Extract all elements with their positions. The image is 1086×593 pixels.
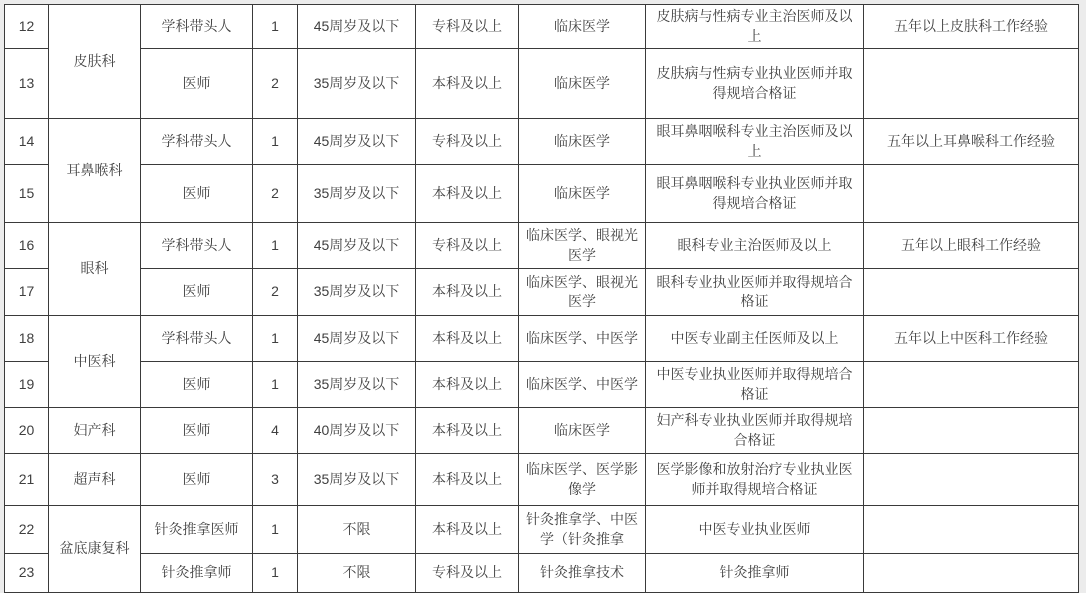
cell-department: 盆底康复科 — [49, 506, 141, 593]
cell-age: 45周岁及以下 — [298, 223, 416, 269]
cell-major: 临床医学 — [519, 119, 646, 165]
cell-experience — [864, 269, 1079, 316]
cell-count: 2 — [253, 269, 298, 316]
cell-position: 针灸推拿医师 — [141, 506, 253, 554]
cell-education: 本科及以上 — [416, 316, 519, 362]
cell-row-number: 16 — [5, 223, 49, 269]
cell-major: 临床医学 — [519, 408, 646, 454]
cell-row-number: 17 — [5, 269, 49, 316]
cell-age: 不限 — [298, 506, 416, 554]
cell-position: 医师 — [141, 362, 253, 408]
cell-education: 本科及以上 — [416, 362, 519, 408]
cell-count: 1 — [253, 316, 298, 362]
cell-count: 3 — [253, 454, 298, 506]
cell-age: 45周岁及以下 — [298, 5, 416, 49]
cell-position: 医师 — [141, 454, 253, 506]
cell-age: 35周岁及以下 — [298, 49, 416, 119]
cell-department: 耳鼻喉科 — [49, 119, 141, 223]
cell-requirement: 妇产科专业执业医师并取得规培合格证 — [646, 408, 864, 454]
cell-age: 40周岁及以下 — [298, 408, 416, 454]
cell-experience: 五年以上中医科工作经验 — [864, 316, 1079, 362]
cell-requirement: 医学影像和放射治疗专业执业医师并取得规培合格证 — [646, 454, 864, 506]
cell-experience: 五年以上皮肤科工作经验 — [864, 5, 1079, 49]
table-row: 22 盆底康复科 针灸推拿医师 1 不限 本科及以上 针灸推拿学、中医学（针灸推… — [5, 506, 1079, 554]
cell-requirement: 皮肤病与性病专业主治医师及以上 — [646, 5, 864, 49]
table-row: 16 眼科 学科带头人 1 45周岁及以下 专科及以上 临床医学、眼视光医学 眼… — [5, 223, 1079, 269]
cell-row-number: 19 — [5, 362, 49, 408]
cell-requirement: 眼科专业主治医师及以上 — [646, 223, 864, 269]
cell-position: 医师 — [141, 49, 253, 119]
cell-count: 4 — [253, 408, 298, 454]
cell-education: 专科及以上 — [416, 5, 519, 49]
cell-row-number: 22 — [5, 506, 49, 554]
cell-requirement: 皮肤病与性病专业执业医师并取得规培合格证 — [646, 49, 864, 119]
cell-requirement: 眼耳鼻咽喉科专业执业医师并取得规培合格证 — [646, 165, 864, 223]
cell-experience: 五年以上眼科工作经验 — [864, 223, 1079, 269]
cell-position: 医师 — [141, 269, 253, 316]
cell-major: 针灸推拿学、中医学（针灸推拿 — [519, 506, 646, 554]
cell-requirement: 中医专业副主任医师及以上 — [646, 316, 864, 362]
table-row: 18 中医科 学科带头人 1 45周岁及以下 本科及以上 临床医学、中医学 中医… — [5, 316, 1079, 362]
cell-count: 1 — [253, 362, 298, 408]
cell-education: 专科及以上 — [416, 554, 519, 593]
table-row: 13 医师 2 35周岁及以下 本科及以上 临床医学 皮肤病与性病专业执业医师并… — [5, 49, 1079, 119]
cell-position: 学科带头人 — [141, 316, 253, 362]
cell-age: 45周岁及以下 — [298, 119, 416, 165]
cell-department: 皮肤科 — [49, 5, 141, 119]
cell-age: 35周岁及以下 — [298, 165, 416, 223]
cell-row-number: 13 — [5, 49, 49, 119]
cell-count: 2 — [253, 165, 298, 223]
cell-requirement: 眼科专业执业医师并取得规培合格证 — [646, 269, 864, 316]
cell-department: 眼科 — [49, 223, 141, 316]
cell-position: 医师 — [141, 165, 253, 223]
cell-experience — [864, 454, 1079, 506]
cell-row-number: 12 — [5, 5, 49, 49]
cell-major: 针灸推拿技术 — [519, 554, 646, 593]
cell-position: 学科带头人 — [141, 223, 253, 269]
cell-education: 专科及以上 — [416, 223, 519, 269]
cell-department: 中医科 — [49, 316, 141, 408]
cell-count: 1 — [253, 554, 298, 593]
cell-education: 本科及以上 — [416, 165, 519, 223]
cell-row-number: 14 — [5, 119, 49, 165]
cell-age: 35周岁及以下 — [298, 269, 416, 316]
cell-major: 临床医学 — [519, 5, 646, 49]
cell-major: 临床医学、医学影像学 — [519, 454, 646, 506]
cell-position: 医师 — [141, 408, 253, 454]
cell-major: 临床医学、眼视光医学 — [519, 223, 646, 269]
cell-row-number: 20 — [5, 408, 49, 454]
cell-major: 临床医学、中医学 — [519, 316, 646, 362]
cell-row-number: 23 — [5, 554, 49, 593]
cell-count: 1 — [253, 119, 298, 165]
cell-count: 2 — [253, 49, 298, 119]
cell-major: 临床医学 — [519, 49, 646, 119]
cell-row-number: 21 — [5, 454, 49, 506]
cell-experience — [864, 165, 1079, 223]
cell-position: 针灸推拿师 — [141, 554, 253, 593]
cell-count: 1 — [253, 506, 298, 554]
cell-experience — [864, 506, 1079, 554]
cell-age: 35周岁及以下 — [298, 454, 416, 506]
cell-department: 妇产科 — [49, 408, 141, 454]
cell-requirement: 中医专业执业医师 — [646, 506, 864, 554]
table-row: 21 超声科 医师 3 35周岁及以下 本科及以上 临床医学、医学影像学 医学影… — [5, 454, 1079, 506]
cell-count: 1 — [253, 223, 298, 269]
cell-education: 本科及以上 — [416, 49, 519, 119]
cell-age: 不限 — [298, 554, 416, 593]
cell-major: 临床医学、眼视光医学 — [519, 269, 646, 316]
cell-education: 本科及以上 — [416, 269, 519, 316]
table-row: 14 耳鼻喉科 学科带头人 1 45周岁及以下 专科及以上 临床医学 眼耳鼻咽喉… — [5, 119, 1079, 165]
cell-experience — [864, 554, 1079, 593]
recruitment-table-sheet: 12 皮肤科 学科带头人 1 45周岁及以下 专科及以上 临床医学 皮肤病与性病… — [4, 4, 1079, 593]
cell-major: 临床医学 — [519, 165, 646, 223]
table-row: 20 妇产科 医师 4 40周岁及以下 本科及以上 临床医学 妇产科专业执业医师… — [5, 408, 1079, 454]
table-row: 12 皮肤科 学科带头人 1 45周岁及以下 专科及以上 临床医学 皮肤病与性病… — [5, 5, 1079, 49]
cell-requirement: 眼耳鼻咽喉科专业主治医师及以上 — [646, 119, 864, 165]
cell-experience: 五年以上耳鼻喉科工作经验 — [864, 119, 1079, 165]
cell-experience — [864, 362, 1079, 408]
cell-count: 1 — [253, 5, 298, 49]
cell-age: 45周岁及以下 — [298, 316, 416, 362]
cell-position: 学科带头人 — [141, 5, 253, 49]
cell-experience — [864, 408, 1079, 454]
cell-education: 本科及以上 — [416, 408, 519, 454]
cell-requirement: 针灸推拿师 — [646, 554, 864, 593]
cell-major: 临床医学、中医学 — [519, 362, 646, 408]
cell-requirement: 中医专业执业医师并取得规培合格证 — [646, 362, 864, 408]
cell-education: 本科及以上 — [416, 454, 519, 506]
table-row: 17 医师 2 35周岁及以下 本科及以上 临床医学、眼视光医学 眼科专业执业医… — [5, 269, 1079, 316]
cell-education: 本科及以上 — [416, 506, 519, 554]
cell-row-number: 18 — [5, 316, 49, 362]
cell-department: 超声科 — [49, 454, 141, 506]
table-row: 19 医师 1 35周岁及以下 本科及以上 临床医学、中医学 中医专业执业医师并… — [5, 362, 1079, 408]
recruitment-table: 12 皮肤科 学科带头人 1 45周岁及以下 专科及以上 临床医学 皮肤病与性病… — [4, 4, 1079, 593]
table-row: 23 针灸推拿师 1 不限 专科及以上 针灸推拿技术 针灸推拿师 — [5, 554, 1079, 593]
cell-experience — [864, 49, 1079, 119]
cell-position: 学科带头人 — [141, 119, 253, 165]
cell-row-number: 15 — [5, 165, 49, 223]
table-row: 15 医师 2 35周岁及以下 本科及以上 临床医学 眼耳鼻咽喉科专业执业医师并… — [5, 165, 1079, 223]
cell-education: 专科及以上 — [416, 119, 519, 165]
cell-age: 35周岁及以下 — [298, 362, 416, 408]
